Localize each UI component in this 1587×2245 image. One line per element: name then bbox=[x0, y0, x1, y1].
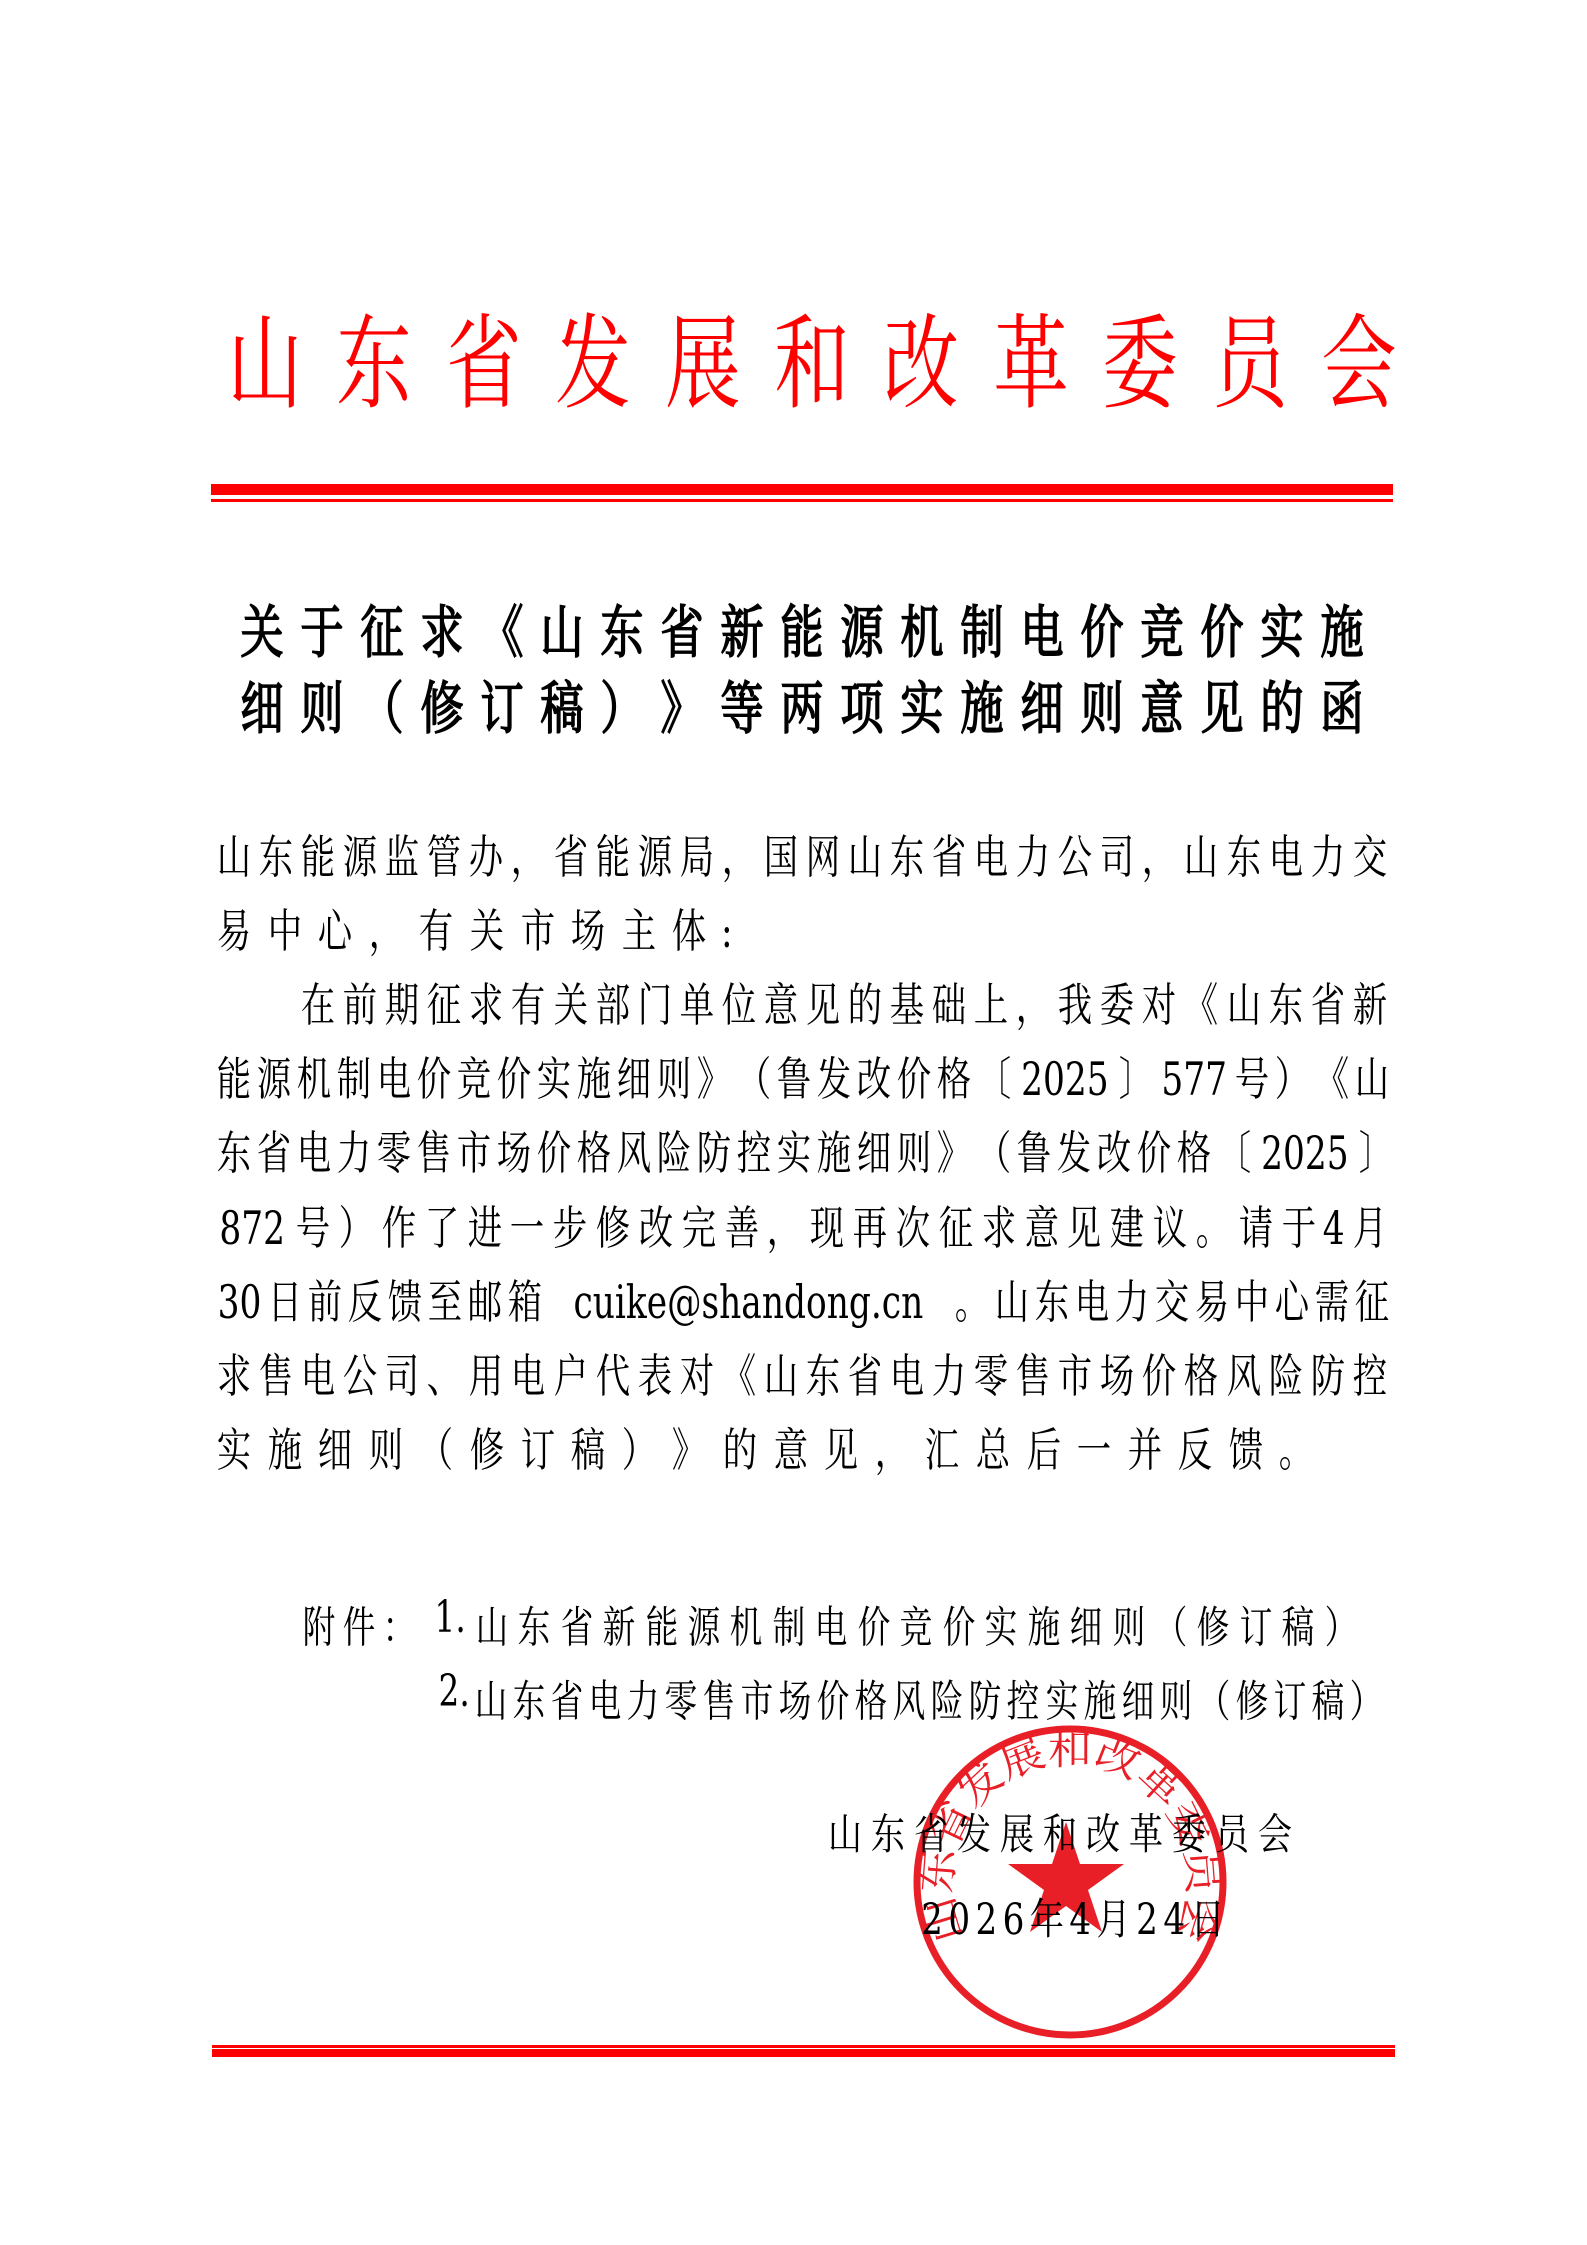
header-rule-thin bbox=[211, 499, 1393, 502]
body-line-5: 30日前反馈至邮箱cuike@shandong.cn。山东电力交易中心需征 bbox=[214, 1279, 1390, 1327]
body-line-1: 在前期征求有关部门单位意见的基础上，我委对《山东省新 bbox=[214, 982, 1390, 1030]
attachment-line-2: 2.山东省电力零售市场价格风险防控实施细则（修订稿） bbox=[436, 1673, 1360, 1721]
salutation-line-1: 山东能源监管办，省能源局，国网山东省电力公司，山东电力交 bbox=[214, 834, 1390, 882]
header-rule-thick bbox=[211, 484, 1393, 495]
attachment-item-2[interactable]: 2.山东省电力零售市场价格风险防控实施细则（修订稿） bbox=[436, 1670, 1385, 1725]
attachment-line-1: 附件： 1.山东省新能源机制电价竞价实施细则（修订稿） bbox=[300, 1599, 1360, 1647]
title-line-1: 关于征求《山东省新能源机制电价竞价实施 bbox=[238, 605, 1366, 661]
body-line-4: 872号）作了进一步修改完善，现再次征求意见建议。请于4月 bbox=[214, 1205, 1390, 1253]
official-seal: 山东省发展和改革委员会 bbox=[912, 1724, 1228, 2040]
signature: 山东省发展和改革委员会 bbox=[826, 1806, 1294, 1854]
date-text: 2026年4月24日 bbox=[921, 1884, 1230, 1946]
footer-rule-thick bbox=[212, 2049, 1395, 2057]
date: 2026年4月24日 bbox=[904, 1891, 1226, 1939]
title-line-2: 细则（修订稿）》等两项实施细则意见的函 bbox=[238, 681, 1366, 737]
body-line-7: 实施细则（修订稿）》的意见，汇总后一并反馈。 bbox=[214, 1427, 1390, 1475]
body-line-2: 能源机制电价竞价实施细则》（鲁发改价格〔2025〕577号）《山 bbox=[214, 1056, 1390, 1104]
attachment-item-1[interactable]: 1.山东省新能源机制电价竞价实施细则（修订稿） bbox=[432, 1596, 1360, 1651]
salutation-line-2: 易中心，有关市场主体: bbox=[214, 908, 1390, 956]
attachment-label: 附件： bbox=[300, 1596, 418, 1651]
issuer-header: 山东省发展和改革委员会 bbox=[224, 300, 1400, 430]
body-line-6: 求售电公司、用电户代表对《山东省电力零售市场价格风险防控 bbox=[214, 1353, 1390, 1401]
footer-rule-thin bbox=[212, 2045, 1395, 2048]
document-title: 关于征求《山东省新能源机制电价竞价实施 细则（修订稿）》等两项实施细则意见的函 bbox=[238, 605, 1366, 737]
body-line-3: 东省电力零售市场价格风险防控实施细则》（鲁发改价格〔2025〕 bbox=[214, 1130, 1390, 1178]
